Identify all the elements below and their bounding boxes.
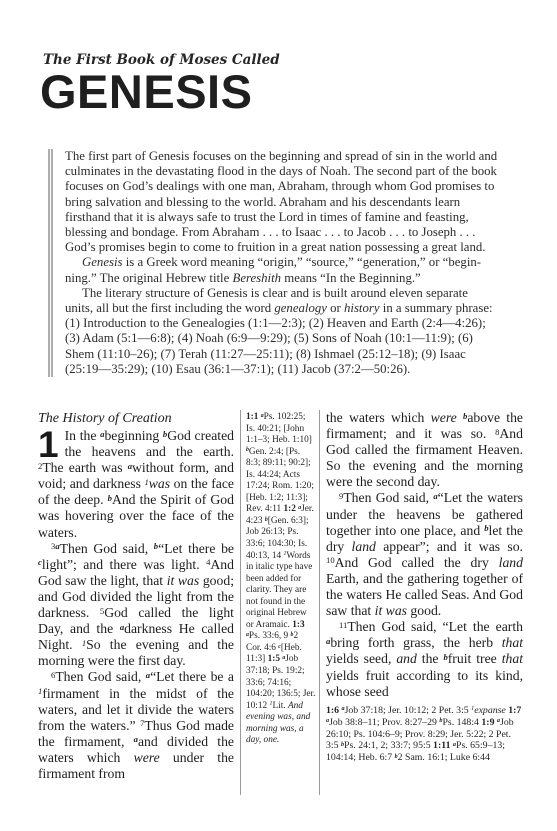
- bible-page: The First Book of Moses Called GENESIS T…: [0, 0, 557, 831]
- chapter-number: 1: [38, 428, 65, 459]
- verse-paragraph-2: 3aThen God said, b“Let there be clight”;…: [38, 541, 234, 670]
- intro-paragraph-3: The literary structure of Genesis is cle…: [65, 286, 499, 377]
- intro-paragraph-1: The first part of Genesis focuses on the…: [65, 149, 499, 255]
- scripture-columns: The History of Creation 1In the abeginni…: [38, 410, 523, 795]
- verse-paragraph-5: 9Then God said, a“Let the waters under t…: [326, 490, 523, 619]
- cross-reference-column: 1:1 aPs. 102:25; Is. 40:21; [John 1:1–3;…: [240, 410, 320, 795]
- left-text-column: The History of Creation 1In the abeginni…: [38, 410, 234, 795]
- verse-paragraph-1: 1In the abeginning bGod created the heav…: [38, 428, 234, 541]
- verse-text: In the abeginning bGod created the heave…: [38, 428, 234, 540]
- book-title: GENESIS: [40, 64, 252, 119]
- intro-paragraph-2: Genesis is a Greek word meaning “origin,…: [65, 255, 499, 285]
- verse-paragraph-4: the waters which were babove the firmame…: [326, 410, 523, 490]
- verse-paragraph-6: 11Then God said, “Let the earth abring f…: [326, 619, 523, 699]
- section-heading: The History of Creation: [38, 410, 234, 427]
- cross-references: 1:1 aPs. 102:25; Is. 40:21; [John 1:1–3;…: [246, 412, 316, 747]
- right-text-column: the waters which were babove the firmame…: [326, 410, 523, 795]
- footnote-block: 1:6 aJob 37:18; Jer. 10:12; 2 Pet. 3:5 1…: [326, 705, 523, 765]
- book-introduction: The first part of Genesis focuses on the…: [48, 149, 499, 377]
- verse-paragraph-3: 6Then God said, a“Let there be a 1firmam…: [38, 669, 234, 782]
